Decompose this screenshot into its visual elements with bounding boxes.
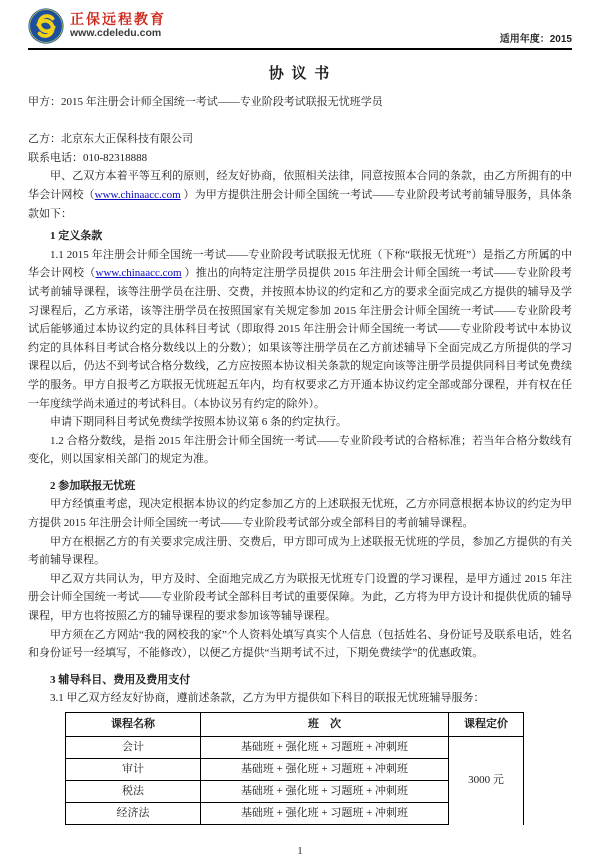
brand-url: www.cdeledu.com (70, 27, 166, 39)
section-1-heading: 1 定义条款 (28, 227, 572, 246)
column-header-classes: 班 次 (201, 713, 449, 737)
intro-paragraph: 甲、乙双方本着平等互利的原则，经友好协商，依照相关法律，同意按照本合同的条款，由… (28, 167, 572, 223)
column-header-course: 课程名称 (66, 713, 201, 737)
course-cell: 会计 (66, 737, 201, 759)
section-2-paragraph-3: 甲乙双方共同认为，甲方及时、全面地完成乙方为联报无忧班专门设置的学习课程，是甲方… (28, 570, 572, 626)
cdeledu-logo-icon (28, 8, 64, 44)
fee-table-header-row: 课程名称 班 次 课程定价 (66, 713, 524, 737)
contact-phone-line: 联系电话：010-82318888 (28, 149, 572, 168)
price-cell: 3000 元 (449, 737, 524, 825)
classes-cell: 基础班 + 强化班 + 习题班 + 冲刺班 (201, 781, 449, 803)
renewal-clause: 申请下期同科目考试免费续学按照本协议第 6 条的约定执行。 (28, 413, 572, 432)
classes-cell: 基础班 + 强化班 + 习题班 + 冲刺班 (201, 737, 449, 759)
applicable-year-label: 适用年度：2015 (500, 30, 572, 48)
clause-3-1-paragraph: 3.1 甲乙双方经友好协商，遵前述条款，乙方为甲方提供如下科目的联报无忧班辅导服… (28, 689, 572, 708)
column-header-price: 课程定价 (449, 713, 524, 737)
clause-1-1-paragraph: 1.1 2015 年注册会计师全国统一考试——专业阶段考试联报无忧班（下称“联报… (28, 246, 572, 413)
classes-cell: 基础班 + 强化班 + 习题班 + 冲刺班 (201, 759, 449, 781)
document-header: 正保远程教育 www.cdeledu.com 适用年度：2015 (28, 0, 572, 50)
parties-block: 甲方：2015 年注册会计师全国统一考试——专业阶段考试联报无忧班学员 乙方：北… (28, 93, 572, 167)
brand-block: 正保远程教育 www.cdeledu.com (28, 8, 166, 44)
clause-1-1-post: ）推出的向特定注册学员提供 2015 年注册会计师全国统一考试——专业阶段考试考… (28, 267, 572, 409)
course-cell: 审计 (66, 759, 201, 781)
section-2-heading: 2 参加联报无忧班 (28, 477, 572, 496)
clause-1-2-paragraph: 1.2 合格分数线，是指 2015 年注册会计师全国统一考试——专业阶段考试的合… (28, 432, 572, 469)
fee-table: 课程名称 班 次 课程定价 会计 基础班 + 强化班 + 习题班 + 冲刺班 3… (65, 712, 524, 825)
document-title: 协 议 书 (28, 63, 572, 85)
chinaacc-link-2[interactable]: www.chinaacc.com (96, 267, 182, 279)
section-3-heading: 3 辅导科目、费用及费用支付 (28, 671, 572, 690)
course-cell: 税法 (66, 781, 201, 803)
course-cell: 经济法 (66, 803, 201, 825)
document-page: { "colors":{ "brand_red":"#cf281d", "lin… (0, 0, 600, 860)
section-2-paragraph-1: 甲方经慎重考虑，现决定根据本协议的约定参加乙方的上述联报无忧班，乙方亦同意根据本… (28, 495, 572, 532)
page-number: 1 (0, 846, 600, 857)
chinaacc-link[interactable]: www.chinaacc.com (95, 189, 181, 201)
classes-cell: 基础班 + 强化班 + 习题班 + 冲刺班 (201, 803, 449, 825)
section-2-paragraph-4: 甲方须在乙方网站“我的网校我的家”个人资料处填写真实个人信息（包括姓名、身份证号… (28, 626, 572, 663)
party-a-line: 甲方：2015 年注册会计师全国统一考试——专业阶段考试联报无忧班学员 (28, 93, 572, 112)
brand-name: 正保远程教育 (70, 11, 166, 27)
spacer (28, 112, 572, 131)
table-row: 会计 基础班 + 强化班 + 习题班 + 冲刺班 3000 元 (66, 737, 524, 759)
section-2-paragraph-2: 甲方在根据乙方的有关要求完成注册、交费后，甲方即可成为上述联报无忧班的学员，参加… (28, 533, 572, 570)
party-b-line: 乙方：北京东大正保科技有限公司 (28, 130, 572, 149)
